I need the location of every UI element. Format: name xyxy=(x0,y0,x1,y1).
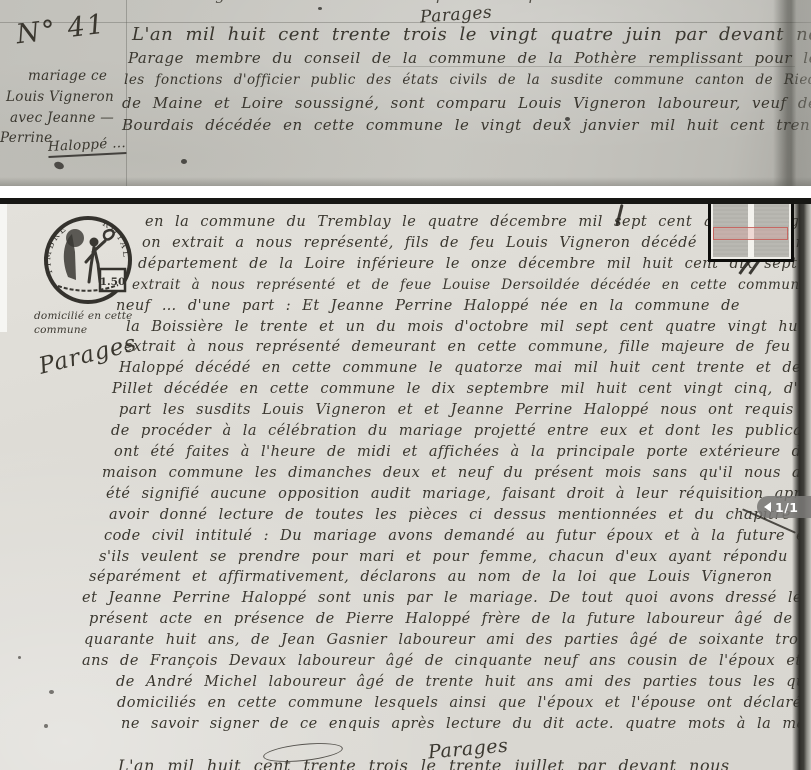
fragment-divider xyxy=(0,186,811,198)
chevron-left-icon xyxy=(764,502,771,512)
manuscript-line: s'ils veulent se prendre pour mari et po… xyxy=(99,547,794,568)
manuscript-line: Pillet décédée en cette commune le dix s… xyxy=(112,379,794,400)
manuscript-line: les fonctions d'officier public des état… xyxy=(124,69,810,92)
manuscript-lines-top: L'an mil huit cent trente trois le vingt… xyxy=(118,24,810,137)
ink-blot xyxy=(318,7,322,10)
ink-blot xyxy=(565,117,570,121)
manuscript-line: part les susdits Louis Vigneron et et Je… xyxy=(119,400,794,421)
manuscript-line: présent acte en présence de Pierre Halop… xyxy=(89,609,794,630)
manuscript-line: de procéder à la célébration du mariage … xyxy=(111,421,794,442)
manuscript-line: L'an mil huit cent trente trois le vingt… xyxy=(132,24,810,47)
margin-note-line: Perrine xyxy=(0,130,52,146)
manuscript-line: quarante huit ans, de Jean Gasnier labou… xyxy=(84,630,794,651)
manuscript-line: on extrait a nous représenté, fils de fe… xyxy=(142,233,794,254)
clipped-next-act-line: L'an mil huit cent trente trois le trent… xyxy=(118,756,730,770)
margin-note-line: Louis Vigneron xyxy=(6,89,114,105)
page-count-badge[interactable]: 1/1 xyxy=(757,496,811,518)
page-edge-shadow xyxy=(773,0,811,186)
manuscript-line: séparément et affirmativement, déclarons… xyxy=(89,567,794,588)
scan-fragment-top: et ont signé avec nous les dites parties… xyxy=(0,0,811,186)
margin-note-line-underlined: Haloppé ... xyxy=(48,135,127,158)
manuscript-line: maison commune les dimanches deux et neu… xyxy=(102,463,794,484)
margin-note-line: mariage ce xyxy=(28,68,107,84)
manuscript-line: la Boissière le trente et un du mois d'o… xyxy=(126,317,794,338)
manuscript-line: avoir donné lecture de toutes les pièces… xyxy=(109,505,794,526)
manuscript-line: ont été faites à l'heure de midi et affi… xyxy=(114,442,794,463)
page-count-label: 1/1 xyxy=(775,500,798,515)
ink-blot xyxy=(181,159,187,164)
fragment-bottom-shade xyxy=(0,177,811,186)
manuscript-line: département de la Loire inférieure le on… xyxy=(138,254,794,275)
manuscript-line: Bourdais décédée en cette commune le vin… xyxy=(122,114,810,137)
scan-fragment-bottom: TIMBRE ROYAL 1.50 domicilié en cette com… xyxy=(0,198,811,770)
manuscript-line: domiciliés en cette commune lesquels ain… xyxy=(117,693,794,714)
manuscript-line: Haloppé décédé en cette commune le quato… xyxy=(119,358,794,379)
manuscript-line: de Maine et Loire soussigné, sont compar… xyxy=(122,92,810,115)
manuscript-line: ans de François Devaux laboureur âgé de … xyxy=(82,651,794,672)
manuscript-line: de André Michel laboureur âgé de trente … xyxy=(116,672,794,693)
manuscript-line: neuf … d'une part : Et Jeanne Perrine Ha… xyxy=(116,296,794,317)
ink-speck xyxy=(49,690,54,694)
ink-speck xyxy=(18,656,21,659)
manuscript-line: été signifié aucune opposition audit mar… xyxy=(106,484,794,505)
ink-blot xyxy=(53,161,65,171)
page-edge-shadow xyxy=(792,204,811,770)
thumbnail-navigator[interactable] xyxy=(708,198,794,262)
manuscript-line: en la commune du Tremblay le quatre déce… xyxy=(145,212,794,233)
manuscript-line: ne savoir signer de ce enquis après lect… xyxy=(121,714,794,735)
thumbnail-viewport-rect[interactable] xyxy=(713,227,788,240)
act-number: N° 41 xyxy=(14,9,107,51)
ruled-line xyxy=(0,22,811,23)
manuscript-line: et Jeanne Perrine Haloppé sont unis par … xyxy=(82,588,794,609)
margin-note-line: avec Jeanne — xyxy=(10,110,114,126)
ink-speck xyxy=(44,724,48,728)
manuscript-line: extrait à nous représenté demeurant en c… xyxy=(124,337,794,358)
manuscript-line: Parage membre du conseil de la commune d… xyxy=(128,47,810,70)
manuscript-line: code civil intitulé : Du mariage avons d… xyxy=(104,526,794,547)
manuscript-line: extrait à nous représenté et de feue Lou… xyxy=(132,275,794,296)
manuscript-lines-bottom: en la commune du Tremblay le quatre déce… xyxy=(0,212,794,735)
